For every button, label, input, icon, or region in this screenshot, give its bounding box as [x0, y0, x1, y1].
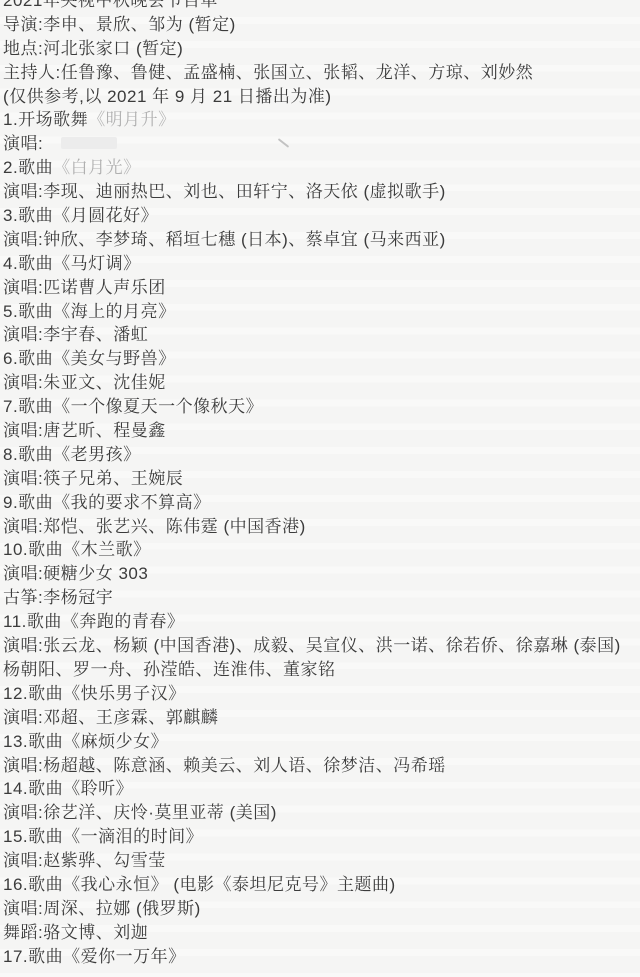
text-segment: 导演:李申、景欣、邹为 (暂定) [3, 15, 236, 34]
text-segment: 舞蹈:骆文博、刘迦 [3, 923, 148, 942]
program-title-line: 2.歌曲《白月光》 [3, 156, 638, 180]
performers-line: 演唱:郑恺、张艺兴、陈伟霆 (中国香港) [3, 515, 638, 539]
text-segment: 演唱:赵紫骅、勾雪莹 [3, 851, 166, 870]
program-title-line: 14.歌曲《聆听》 [3, 777, 638, 801]
text-segment: 演唱:钟欣、李梦琦、稻垣七穗 (日本)、蔡卓宜 (马来西亚) [3, 230, 446, 249]
performers-line: 演唱:徐艺洋、庆怜·莫里亚蒂 (美国) [3, 801, 638, 825]
performers-line: 演唱:朱亚文、沈佳妮 [3, 371, 638, 395]
text-segment: 17.歌曲《爱你一万年》 [3, 947, 186, 966]
performers-line: 演唱:杨超越、陈意涵、赖美云、刘人语、徐梦洁、冯希瑶 [3, 754, 638, 778]
faded-song-title: 《白月光》 [53, 158, 141, 177]
text-segment: 演唱:李宇春、潘虹 [3, 325, 148, 344]
program-title-line: 17.歌曲《爱你一万年》 [3, 945, 638, 969]
text-segment: 演唱:李现、迪丽热巴、刘也、田轩宁、洛天依 (虚拟歌手) [3, 182, 446, 201]
text-segment: 演唱:筷子兄弟、王婉辰 [3, 469, 183, 488]
text-segment: 1.开场歌舞 [3, 110, 88, 129]
location-line: 地点:河北张家口 (暂定) [3, 37, 638, 61]
text-segment: 2.歌曲 [3, 158, 53, 177]
text-segment: 演唱:周深、拉娜 (俄罗斯) [3, 899, 201, 918]
text-segment: 演唱:张云龙、杨颖 (中国香港)、成毅、吴宣仪、洪一诺、徐若侨、徐嘉琳 (泰国) [3, 636, 621, 655]
program-title-line: 16.歌曲《我心永恒》 (电影《泰坦尼克号》主题曲) [3, 873, 638, 897]
performers-line: 演唱:赵紫骅、勾雪莹 [3, 849, 638, 873]
text-segment: 6.歌曲《美女与野兽》 [3, 349, 176, 368]
text-segment: 5.歌曲《海上的月亮》 [3, 302, 176, 321]
doc-title-line: 2021年央视中秋晚会节目单 [3, 0, 638, 13]
text-segment: 演唱:硬糖少女 303 [3, 564, 148, 583]
text-segment: 15.歌曲《一滴泪的时间》 [3, 827, 203, 846]
text-segment: 主持人:任鲁豫、鲁健、孟盛楠、张国立、张韬、龙洋、方琼、刘妙然 [3, 63, 533, 82]
performers-line: 演唱:匹诺曹人声乐团 [3, 276, 638, 300]
program-title-line: 15.歌曲《一滴泪的时间》 [3, 825, 638, 849]
text-segment: 14.歌曲《聆听》 [3, 779, 133, 798]
text-segment: 杨朝阳、罗一舟、孙滢皓、连淮伟、董家铭 [3, 660, 336, 679]
text-segment: 16.歌曲《我心永恒》 (电影《泰坦尼克号》主题曲) [3, 875, 396, 894]
guzheng-line: 古筝:李杨冠宇 [3, 586, 638, 610]
program-title-line: 1.开场歌舞《明月升》 [3, 108, 638, 132]
program-title-line: 9.歌曲《我的要求不算高》 [3, 491, 638, 515]
text-segment: 10.歌曲《木兰歌》 [3, 540, 151, 559]
text-segment: 演唱:郑恺、张艺兴、陈伟霆 (中国香港) [3, 517, 306, 536]
text-segment: 演唱:唐艺昕、程曼鑫 [3, 421, 166, 440]
performers-line: 演唱:唐艺昕、程曼鑫 [3, 419, 638, 443]
text-segment: 演唱:邓超、王彦霖、郭麒麟 [3, 708, 218, 727]
performers-line: 演唱:张云龙、杨颖 (中国香港)、成毅、吴宣仪、洪一诺、徐若侨、徐嘉琳 (泰国) [3, 634, 638, 658]
performers-line-erased: 演唱: [3, 132, 638, 156]
hosts-line: 主持人:任鲁豫、鲁健、孟盛楠、张国立、张韬、龙洋、方琼、刘妙然 [3, 61, 638, 85]
text-segment: 3.歌曲《月圆花好》 [3, 206, 158, 225]
performers-line: 演唱:李宇春、潘虹 [3, 323, 638, 347]
performers-line: 演唱:钟欣、李梦琦、稻垣七穗 (日本)、蔡卓宜 (马来西亚) [3, 228, 638, 252]
text-segment: 4.歌曲《马灯调》 [3, 254, 141, 273]
program-title-line: 4.歌曲《马灯调》 [3, 252, 638, 276]
text-segment: 7.歌曲《一个像夏天一个像秋天》 [3, 397, 263, 416]
text-segment: 演唱:朱亚文、沈佳妮 [3, 373, 166, 392]
text-segment: 古筝:李杨冠宇 [3, 588, 113, 607]
text-segment: 8.歌曲《老男孩》 [3, 445, 141, 464]
program-title-line: 3.歌曲《月圆花好》 [3, 204, 638, 228]
program-title-line: 6.歌曲《美女与野兽》 [3, 347, 638, 371]
text-segment: 演唱:徐艺洋、庆怜·莫里亚蒂 (美国) [3, 803, 277, 822]
faded-song-title: 《明月升》 [88, 110, 176, 129]
erased-performer-smudge [61, 137, 117, 149]
text-segment: 演唱: [3, 134, 43, 153]
text-segment: 2021年央视中秋晚会节目单 [3, 0, 218, 10]
performers-line: 演唱:硬糖少女 303 [3, 562, 638, 586]
performers-line: 演唱:筷子兄弟、王婉辰 [3, 467, 638, 491]
program-title-line: 13.歌曲《麻烦少女》 [3, 730, 638, 754]
text-segment: (仅供参考,以 2021 年 9 月 21 日播出为准) [3, 87, 332, 106]
performers-line: 演唱:邓超、王彦霖、郭麒麟 [3, 706, 638, 730]
text-segment: 地点:河北张家口 (暂定) [3, 39, 183, 58]
program-title-line: 12.歌曲《快乐男子汉》 [3, 682, 638, 706]
document-page: 2021年央视中秋晚会节目单导演:李申、景欣、邹为 (暂定)地点:河北张家口 (… [0, 0, 640, 977]
text-segment: 13.歌曲《麻烦少女》 [3, 732, 168, 751]
faint-pen-mark [278, 139, 289, 149]
performers-line: 演唱:周深、拉娜 (俄罗斯) [3, 897, 638, 921]
text-segment: 演唱:匹诺曹人声乐团 [3, 278, 166, 297]
text-segment: 11.歌曲《奔跑的青春》 [3, 612, 184, 631]
performers-continuation-line: 杨朝阳、罗一舟、孙滢皓、连淮伟、董家铭 [3, 658, 638, 682]
document-lines: 2021年央视中秋晚会节目单导演:李申、景欣、邹为 (暂定)地点:河北张家口 (… [0, 0, 640, 969]
program-title-line: 7.歌曲《一个像夏天一个像秋天》 [3, 395, 638, 419]
text-segment: 12.歌曲《快乐男子汉》 [3, 684, 186, 703]
performers-line: 演唱:李现、迪丽热巴、刘也、田轩宁、洛天依 (虚拟歌手) [3, 180, 638, 204]
director-line: 导演:李申、景欣、邹为 (暂定) [3, 13, 638, 37]
program-title-line: 10.歌曲《木兰歌》 [3, 538, 638, 562]
program-title-line: 11.歌曲《奔跑的青春》 [3, 610, 638, 634]
disclaimer-line: (仅供参考,以 2021 年 9 月 21 日播出为准) [3, 85, 638, 109]
program-title-line: 5.歌曲《海上的月亮》 [3, 300, 638, 324]
program-title-line: 8.歌曲《老男孩》 [3, 443, 638, 467]
text-segment: 演唱:杨超越、陈意涵、赖美云、刘人语、徐梦洁、冯希瑶 [3, 756, 446, 775]
text-segment: 9.歌曲《我的要求不算高》 [3, 493, 211, 512]
dance-line: 舞蹈:骆文博、刘迦 [3, 921, 638, 945]
